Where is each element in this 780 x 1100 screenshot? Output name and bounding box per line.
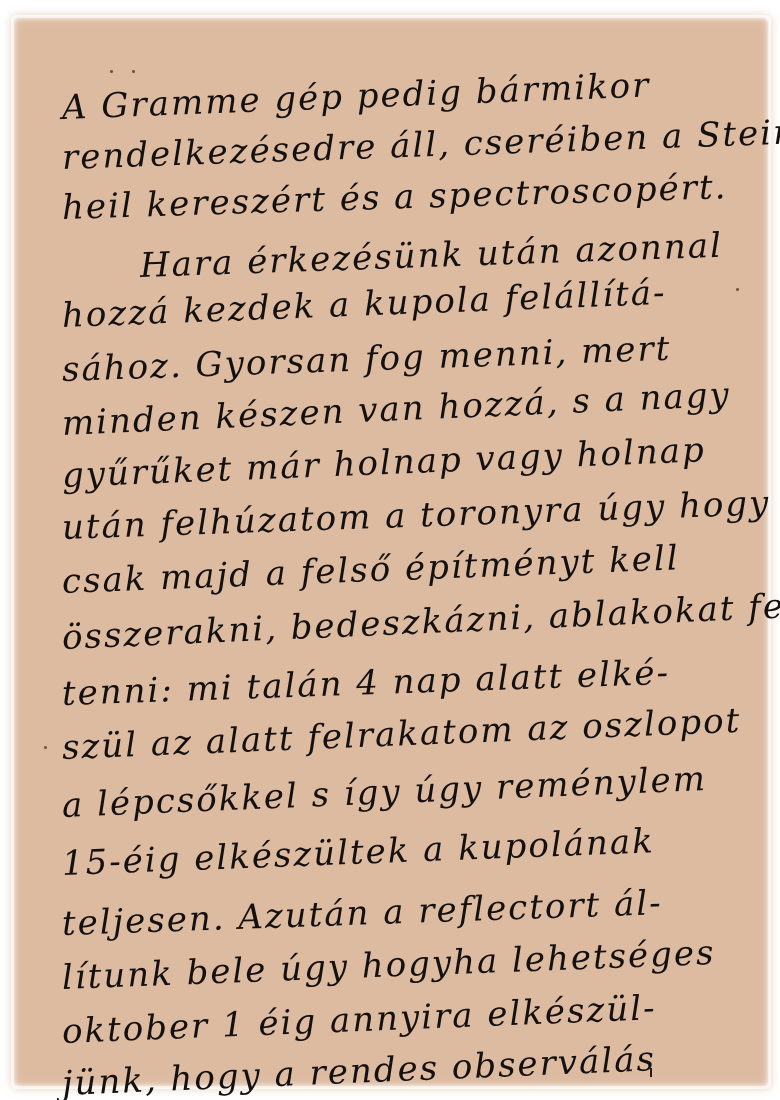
ink-speck: [132, 70, 135, 73]
ink-speck: [44, 746, 47, 749]
text-line: a lépcsőkkel s így úgy reménylem: [61, 759, 708, 826]
manuscript-page: A Gramme gép pedig bármikor rendelkezése…: [14, 18, 768, 1086]
text-line: szül az alatt felrakatom az oszlopot: [61, 701, 742, 768]
text-line: lítunk bele úgy hogyha lehetséges: [61, 933, 716, 998]
text-line: teljesen. Azután a reflectort ál-: [61, 883, 663, 944]
text-line: A Gramme gép pedig bármikor: [61, 65, 651, 128]
text-line: csak majd a felső építményt kell: [61, 538, 680, 602]
text-line: tenni: mi talán 4 nap alatt elké-: [61, 653, 670, 714]
ink-speck: [736, 288, 739, 291]
ink-speck: [110, 70, 113, 73]
text-line: gyűrűket már holnap vagy holnap: [61, 430, 706, 496]
text-line: heil kereszért és a spectroscopért.: [61, 167, 728, 228]
text-line: 15-éig elkészültek a kupolának: [61, 821, 655, 884]
